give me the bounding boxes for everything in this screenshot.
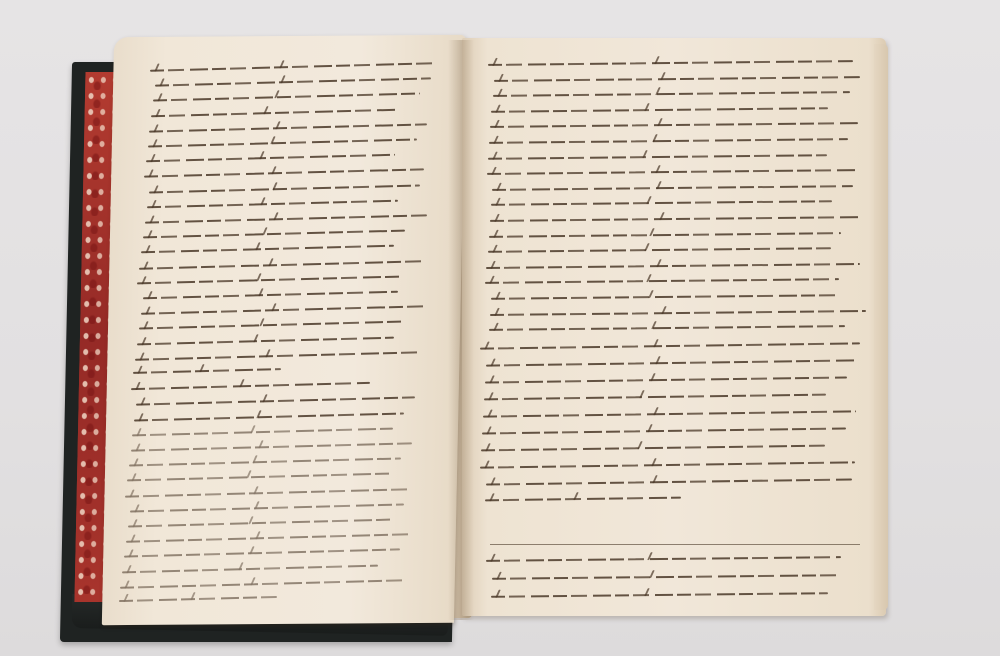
photo-scene — [0, 0, 1000, 656]
section-divider-rule — [490, 544, 860, 545]
right-page-stack-edge — [874, 44, 888, 610]
book-gutter — [448, 40, 474, 620]
